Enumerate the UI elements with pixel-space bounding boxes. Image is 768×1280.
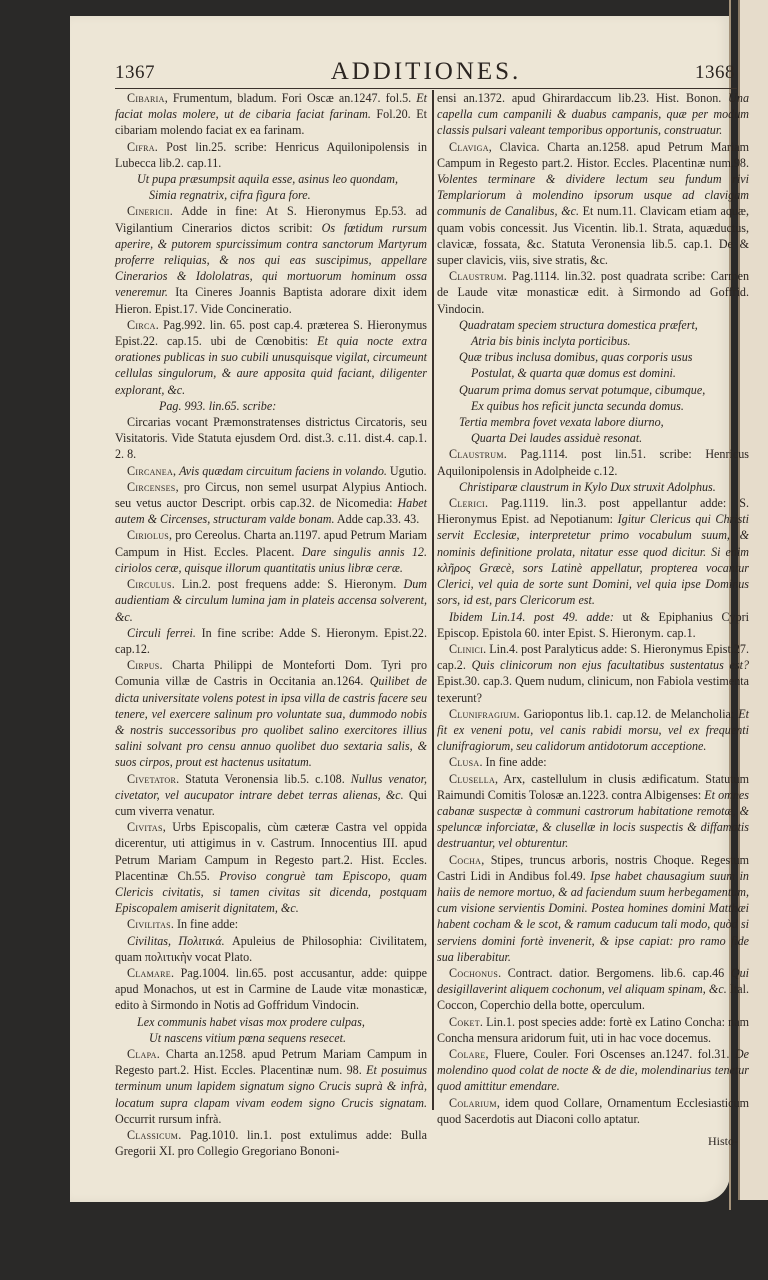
entry-headword: Claustrum bbox=[449, 269, 504, 283]
entry-headword: Circenses bbox=[127, 480, 176, 494]
verse-text: Postulat, & quarta quæ domus est domini. bbox=[471, 366, 676, 380]
verse-line: Quæ tribus inclusa domibus, quas corpori… bbox=[437, 349, 749, 365]
dictionary-entry: Claustrum. Pag.1114. post lin.51. scribe… bbox=[437, 446, 749, 478]
dictionary-entry: Colare, Fluere, Couler. Fori Oscenses an… bbox=[437, 1046, 749, 1095]
dictionary-entry: Clunifragium. Gariopontus lib.1. cap.12.… bbox=[437, 706, 749, 755]
entry-headword: Circanea bbox=[127, 464, 173, 478]
dictionary-entry: Circuli ferrei. In fine scribe: Adde S. … bbox=[115, 625, 427, 657]
column-divider bbox=[432, 90, 434, 1110]
dictionary-entry: Civitas, Urbs Episcopalis, cùm cæteræ Ca… bbox=[115, 819, 427, 916]
entry-tail: Ugutio. bbox=[387, 464, 427, 478]
entry-quote: Avis quædam circuitum faciens in volando… bbox=[179, 464, 387, 478]
entry-text: . Lin.2. post frequens adde: S. Hieronym… bbox=[172, 577, 404, 591]
dictionary-entry: ensi an.1372. apud Ghirardaccum lib.23. … bbox=[437, 90, 749, 139]
dictionary-entry: Circanea, Avis quædam circuitum faciens … bbox=[115, 463, 427, 479]
verse-line: Quarta Dei laudes assiduè resonat. bbox=[437, 430, 749, 446]
entry-headword: Cirpus bbox=[127, 658, 160, 672]
entry-quote: Ipse habet chausagium suum in haiis de n… bbox=[437, 869, 749, 964]
dictionary-entry: Cocha, Stipes, truncus arboris, nostris … bbox=[437, 852, 749, 965]
entry-tail: Occurrit rursum infrà. bbox=[115, 1112, 221, 1126]
dictionary-entry: Cibaria, Frumentum, bladum. Fori Oscæ an… bbox=[115, 90, 427, 139]
dictionary-entry: Ciriolus, pro Cereolus. Charta an.1197. … bbox=[115, 527, 427, 576]
entry-headword: Cibaria bbox=[127, 91, 165, 105]
verse-text: Tertia membra fovet vexata labore diurno… bbox=[459, 415, 664, 429]
entry-text: . Post lin.25. scribe: Henricus Aquiloni… bbox=[115, 140, 427, 170]
dictionary-entry: Cochonus. Contract. datior. Bergomens. l… bbox=[437, 965, 749, 1014]
verse-line: Quarum prima domus servat potumque, cibu… bbox=[437, 382, 749, 398]
dictionary-entry: Circarias vocant Præmonstratenses distri… bbox=[115, 414, 427, 463]
right-column: ensi an.1372. apud Ghirardaccum lib.23. … bbox=[437, 90, 749, 1127]
entry-headword: Colarium bbox=[449, 1096, 497, 1110]
dictionary-entry: Classicum. Pag.1010. lin.1. post extulim… bbox=[115, 1127, 427, 1159]
verse-line: Atria bis binis inclyta porticibus. bbox=[437, 333, 749, 349]
entry-headword: Civilitas bbox=[127, 917, 171, 931]
verse-line: Ex quibus hos reficit juncta secunda dom… bbox=[437, 398, 749, 414]
dictionary-entry: Coket. Lin.1. post species adde: fortè e… bbox=[437, 1014, 749, 1046]
verse-text: Ut pupa præsumpsit aquila esse, asinus l… bbox=[137, 172, 398, 186]
verse-text: Lex communis habet visas mox prodere cul… bbox=[137, 1015, 365, 1029]
entry-headword: Cochonus bbox=[449, 966, 498, 980]
verse-text: Ex quibus hos reficit juncta secunda dom… bbox=[471, 399, 684, 413]
dictionary-entry: Cirpus. Charta Philippi de Monteforti Do… bbox=[115, 657, 427, 770]
entry-headword: Cinericii bbox=[127, 204, 170, 218]
verse-text: Quarum prima domus servat potumque, cibu… bbox=[459, 383, 705, 397]
entry-quote: Igitur Clericus qui Christi servit Eccle… bbox=[437, 512, 749, 607]
dictionary-entry: Clerici. Pag.1119. lin.3. post appellant… bbox=[437, 495, 749, 608]
dictionary-entry: Circenses, pro Circus, non semel usurpat… bbox=[115, 479, 427, 528]
entry-quote: Civilitas, Πολιτικά. bbox=[127, 934, 225, 948]
dictionary-entry: Cifra. Post lin.25. scribe: Henricus Aqu… bbox=[115, 139, 427, 171]
entry-headword: Clinici bbox=[449, 642, 483, 656]
entry-headword: Clapa bbox=[127, 1047, 157, 1061]
catchword: Histo- bbox=[708, 1134, 738, 1149]
dictionary-entry: Claustrum. Pag.1114. lin.32. post quadra… bbox=[437, 268, 749, 317]
verse-line: Ut nascens vitium pœna sequens resecet. bbox=[115, 1030, 427, 1046]
verse-line: Simia regnatrix, cifra figura fore. bbox=[115, 187, 427, 203]
entry-headword: Clerici bbox=[449, 496, 485, 510]
verse-text: Simia regnatrix, cifra figura fore. bbox=[149, 188, 311, 202]
entry-headword: Civitas bbox=[127, 820, 163, 834]
entry-headword: Clusella bbox=[449, 772, 495, 786]
entry-text: . In fine adde: bbox=[479, 755, 546, 769]
dictionary-entry: Colarium, idem quod Collare, Ornamentum … bbox=[437, 1095, 749, 1127]
running-header: 1367 ADDITIONES. 1368 bbox=[115, 58, 737, 89]
entry-text: . Contract. datior. Bergomens. lib.6. ca… bbox=[498, 966, 731, 980]
sub-heading: Pag. 993. lin.65. scribe: bbox=[115, 398, 427, 414]
entry-text: . Gariopontus lib.1. cap.12. de Melancho… bbox=[517, 707, 739, 721]
entry-headword: Classicum bbox=[127, 1128, 178, 1142]
entry-headword: Circa bbox=[127, 318, 156, 332]
dictionary-entry: Civilitas. In fine adde: bbox=[115, 916, 427, 932]
left-column: Cibaria, Frumentum, bladum. Fori Oscæ an… bbox=[115, 90, 427, 1159]
verse-line: Tertia membra fovet vexata labore diurno… bbox=[437, 414, 749, 430]
entry-headword: Claustrum bbox=[449, 447, 504, 461]
entry-text: . In fine adde: bbox=[171, 917, 238, 931]
verse-line: Lex communis habet visas mox prodere cul… bbox=[115, 1014, 427, 1030]
dictionary-entry: Claviga, Clavica. Charta an.1258. apud P… bbox=[437, 139, 749, 269]
dictionary-entry: Civetator. Statuta Veronensia lib.5. c.1… bbox=[115, 771, 427, 820]
entry-headword: Ciriolus bbox=[127, 528, 169, 542]
entry-quote: Quis clinicorum non ejus facultatibus su… bbox=[472, 658, 749, 672]
dictionary-entry: Cinericii. Adde in fine: At S. Hieronymu… bbox=[115, 203, 427, 316]
dictionary-entry: Clusa. In fine adde: bbox=[437, 754, 749, 770]
dictionary-entry: Ibidem Lin.14. post 49. adde: ut & Epiph… bbox=[437, 609, 749, 641]
entry-text: ensi an.1372. apud Ghirardaccum lib.23. … bbox=[437, 91, 728, 105]
entry-tail: Adde cap.33. 43. bbox=[335, 512, 420, 526]
verse-text: Quæ tribus inclusa domibus, quas corpori… bbox=[459, 350, 693, 364]
verse-text: Quarta Dei laudes assiduè resonat. bbox=[471, 431, 642, 445]
dictionary-entry: Clinici. Lin.4. post Paralyticus adde: S… bbox=[437, 641, 749, 706]
verse-text: Atria bis binis inclyta porticibus. bbox=[471, 334, 631, 348]
verse-line: Christiparæ claustrum in Kylo Dux struxi… bbox=[437, 479, 749, 495]
verse-line: Ut pupa præsumpsit aquila esse, asinus l… bbox=[115, 171, 427, 187]
entry-headword: Clunifragium bbox=[449, 707, 517, 721]
dictionary-entry: Clapa. Charta an.1258. apud Petrum Maria… bbox=[115, 1046, 427, 1127]
entry-text: Circarias vocant Præmonstratenses distri… bbox=[115, 415, 427, 461]
entry-text: . Statuta Veronensia lib.5. c.108. bbox=[176, 772, 351, 786]
entry-quote: Quilibet de dicta universitate volens po… bbox=[115, 674, 427, 769]
entry-headword: Circulus bbox=[127, 577, 172, 591]
verse-line: Quadratam speciem structura domestica pr… bbox=[437, 317, 749, 333]
entry-headword: Claviga bbox=[449, 140, 489, 154]
entry-tail: Epist.30. cap.3. Quem nudum, clinicum, n… bbox=[437, 674, 749, 704]
verse-text: Ut nascens vitium pœna sequens resecet. bbox=[149, 1031, 346, 1045]
page-title: ADDITIONES. bbox=[115, 58, 737, 86]
dictionary-entry: Circa. Pag.992. lin. 65. post cap.4. præ… bbox=[115, 317, 427, 398]
sub-heading-text: Pag. 993. lin.65. scribe: bbox=[159, 399, 276, 413]
entry-headword: Colare bbox=[449, 1047, 486, 1061]
entry-headword: Clamare bbox=[127, 966, 171, 980]
verse-text: Christiparæ claustrum in Kylo Dux struxi… bbox=[459, 480, 716, 494]
entry-quote: Ibidem Lin.14. post 49. adde: bbox=[449, 610, 614, 624]
entry-headword: Civetator bbox=[127, 772, 176, 786]
dictionary-entry: Clusella, Arx, castellulum in clusis ædi… bbox=[437, 771, 749, 852]
entry-headword: Clusa bbox=[449, 755, 479, 769]
entry-text: . Lin.1. post species adde: fortè ex Lat… bbox=[437, 1015, 749, 1045]
dictionary-entry: Civilitas, Πολιτικά. Apuleius de Philoso… bbox=[115, 933, 427, 965]
verse-text: Quadratam speciem structura domestica pr… bbox=[459, 318, 698, 332]
page-number-right: 1368 bbox=[695, 62, 735, 84]
entry-text: , Frumentum, bladum. Fori Oscæ an.1247. … bbox=[165, 91, 417, 105]
entry-headword: Coket bbox=[449, 1015, 480, 1029]
entry-quote: Circuli ferrei. bbox=[127, 626, 196, 640]
dictionary-entry: Clamare. Pag.1004. lin.65. post accusant… bbox=[115, 965, 427, 1014]
entry-headword: Cifra bbox=[127, 140, 155, 154]
entry-text: , Fluere, Couler. Fori Oscenses an.1247.… bbox=[486, 1047, 735, 1061]
dictionary-entry: Circulus. Lin.2. post frequens adde: S. … bbox=[115, 576, 427, 625]
verse-line: Postulat, & quarta quæ domus est domini. bbox=[437, 365, 749, 381]
entry-headword: Cocha bbox=[449, 853, 481, 867]
